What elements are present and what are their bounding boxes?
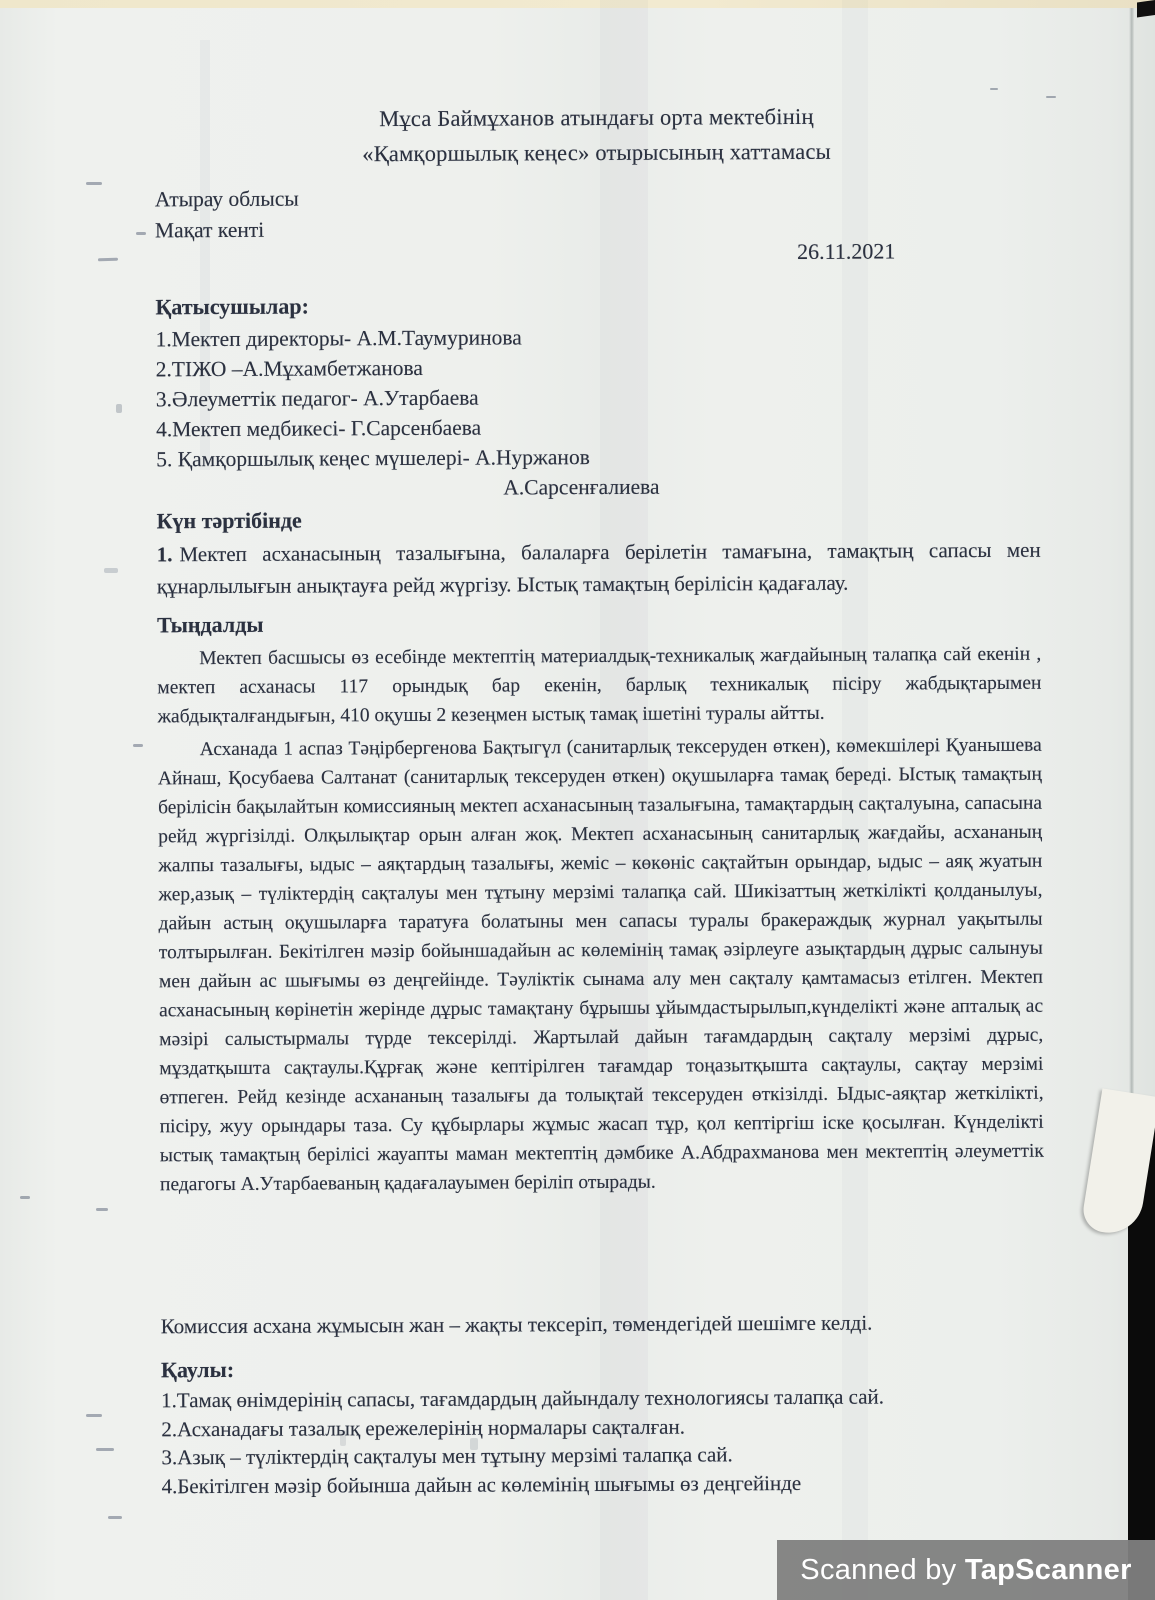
scan-artifact — [104, 568, 118, 573]
resolution-item: 3.Азық – түліктердің сақталуы мен тұтыну… — [161, 1439, 1045, 1472]
participant-item: 1.Мектеп директоры- А.М.Таумуринова — [156, 320, 1040, 355]
commission-conclusion-line: Комиссия асхана жұмысын жан – жақты текс… — [161, 1310, 1045, 1340]
tapscanner-watermark-bar: Scanned by TapScanner — [777, 1540, 1155, 1600]
scan-artifact — [86, 182, 102, 185]
document-date: 26.11.2021 — [797, 238, 895, 264]
agenda-section: Күн тәртібінде 1.Мектеп асханасының таза… — [156, 500, 1041, 603]
resolution-list: 1.Тамақ өнімдерінің сапасы, тағамдардың … — [161, 1382, 1046, 1501]
heard-heading: Тыңдалды — [157, 606, 1041, 641]
scan-artifact — [96, 1448, 114, 1451]
agenda-item: 1.Мектеп асханасының тазалығына, балалар… — [157, 534, 1041, 603]
document-title-line1: Мұса Баймұханов атындағы орта мектебінің — [154, 98, 1038, 138]
participant-item: 2.ТІЖО –А.Мұхамбетжанова — [156, 350, 1040, 385]
scan-artifact — [20, 1196, 30, 1199]
scan-artifact — [108, 1516, 122, 1519]
participant-continuation: А.Сарсенғалиева — [503, 470, 1040, 503]
participant-item: 3.Әлеуметтік педагог- А.Утарбаева — [156, 380, 1040, 415]
heard-paragraph-2: Асханада 1 аспаз Тәңірбергенова Бақтыгүл… — [158, 731, 1044, 1200]
document-content: Мұса Баймұханов атындағы орта мектебінің… — [154, 0, 1046, 1600]
participants-section: Қатысушылар: 1.Мектеп директоры- А.М.Тау… — [155, 288, 1040, 505]
agenda-heading: Күн тәртібінде — [156, 500, 1040, 539]
scan-artifact — [96, 1208, 108, 1211]
region-line: Атырау облысы — [155, 180, 1039, 216]
participant-item: 5. Қамқоршылық кеңес мүшелері- А.Нуржано… — [156, 440, 1040, 475]
scan-corner-black-top-right — [1137, 0, 1155, 18]
scan-artifact — [98, 258, 118, 262]
paper-right-edge — [1129, 8, 1134, 1113]
scan-artifact — [116, 404, 122, 413]
scanned-document-page: Мұса Баймұханов атындағы орта мектебінің… — [0, 0, 1155, 1600]
location-block: Атырау облысы Мақат кенті — [155, 180, 1039, 247]
scan-artifact — [86, 1414, 102, 1417]
date-line: 26.11.2021 — [155, 238, 1039, 269]
scan-artifact — [136, 232, 146, 235]
resolution-heading: Қаулы: — [161, 1350, 1045, 1386]
tapscanner-brand-text: TapScanner — [965, 1554, 1132, 1587]
agenda-item-number: 1. — [157, 542, 173, 566]
scan-artifact — [133, 744, 143, 747]
resolution-section: Қаулы: 1.Тамақ өнімдерінің сапасы, тағам… — [161, 1350, 1046, 1501]
resolution-item: 4.Бекітілген мәзір бойынша дайын ас көле… — [162, 1467, 1046, 1500]
agenda-item-text: Мектеп асханасының тазалығына, балаларға… — [157, 538, 1041, 599]
participants-list: 1.Мектеп директоры- А.М.Таумуринова 2.ТІ… — [156, 320, 1041, 475]
heard-paragraph-1: Мектеп басшысы өз есебінде мектептің мат… — [157, 640, 1041, 732]
resolution-item: 1.Тамақ өнімдерінің сапасы, тағамдардың … — [161, 1382, 1045, 1415]
participants-heading: Қатысушылар: — [155, 288, 1039, 323]
heard-section: Тыңдалды Мектеп басшысы өз есебінде мект… — [157, 606, 1044, 1200]
scan-artifact — [1046, 96, 1056, 98]
resolution-item: 2.Асханадағы тазалық ережелерінің нормал… — [161, 1410, 1045, 1443]
participant-item: 4.Мектеп медбикесі- Г.Сарсенбаева — [156, 410, 1040, 445]
document-title: Мұса Баймұханов атындағы орта мектебінің… — [154, 98, 1038, 173]
document-title-line2: «Қамқоршылық кеңес» отырысының хаттамасы — [155, 133, 1039, 173]
watermark-prefix-text: Scanned by — [800, 1554, 965, 1587]
